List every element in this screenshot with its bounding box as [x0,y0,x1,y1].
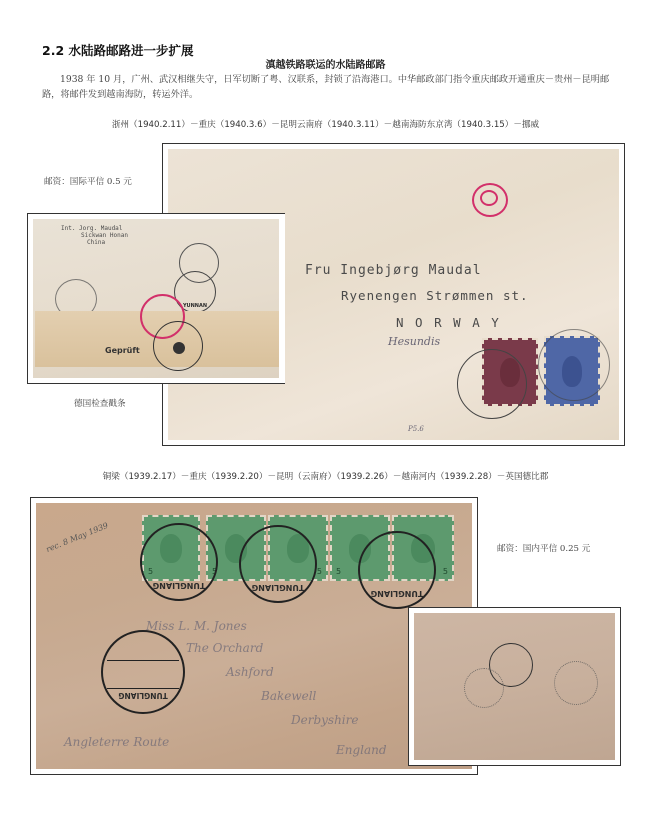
eagle-icon [173,342,185,354]
handwritten-line-7: England [336,743,387,757]
handwritten-line-6: Angleterre Route [64,735,169,749]
cover2-back-envelope[interactable] [414,613,615,760]
red-censor-mark-inner [480,190,498,206]
cover1-back-frame: Int. Jorg. Maudal Sickwan Honan China YU… [27,213,285,384]
cover2-route: 铜梁（1939.2.17）－重庆（1939.2.20）－昆明（云南府）（1939… [0,470,651,482]
sender-line-2: Sickwan Honan [61,232,128,239]
cover1-back-envelope[interactable]: Int. Jorg. Maudal Sickwan Honan China YU… [33,219,279,378]
cover2-postage-caption: 邮资：国内平信 0.25 元 [497,542,590,554]
postmark-circle [464,668,504,708]
postmark-circle [538,329,610,401]
postmark-tungliang-large: TUNGLIANG [101,630,185,714]
cover1-postage-caption: 邮资：国际平信 0.5 元 [44,175,132,187]
cover2-back-frame [408,607,621,766]
address-line-2: Ryenengen Strømmen st. [341,288,529,303]
cover1-route: 浙州（1940.2.11）－重庆（1940.3.6）－昆明云南府（1940.3.… [0,118,651,130]
handwritten-line-1: Miss L. M. Jones [146,619,247,633]
cover1-censor-caption: 德国检查戳条 [74,397,126,409]
cover2-front-envelope[interactable]: rec. 8 May 1939 5 5 5 5 5 TUNGLIANG TUNG… [36,503,472,769]
postmark-tungliang: TUNGLIANG [358,531,436,609]
handwritten-line-4: Bakewell [261,689,316,703]
censor-label: Geprüft [105,346,140,355]
handwritten-line-3: Ashford [226,665,274,679]
postmark-tungliang: TUNGLIANG [239,525,317,603]
section-subtitle: 滇越铁路联运的水陆路邮路 [0,56,651,71]
handwritten-line-5: Derbyshire [291,713,358,727]
intro-paragraph: 1938 年 10 月，广州、武汉相继失守，日军切断了粤、汉联系，封锁了沿海港口… [42,72,610,102]
postmark-tungliang: TUNGLIANG [140,523,218,601]
sender-line-3: China [61,239,128,246]
postmark-circle [554,661,598,705]
pencil-note: Hesundis [388,335,440,348]
address-line-1: Fru Ingebjørg Maudal [305,263,482,278]
address-line-3: N O R W A Y [396,315,501,330]
corner-note: P5.6 [408,425,424,433]
postmark-circle [457,349,527,419]
pencil-note: rec. 8 May 1939 [45,521,110,554]
handwritten-line-2: The Orchard [186,641,263,655]
german-censor-seal [153,321,203,371]
sender-line-1: Int. Jorg. Maudal [61,225,128,232]
sender-address: Int. Jorg. Maudal Sickwan Honan China [61,225,128,246]
